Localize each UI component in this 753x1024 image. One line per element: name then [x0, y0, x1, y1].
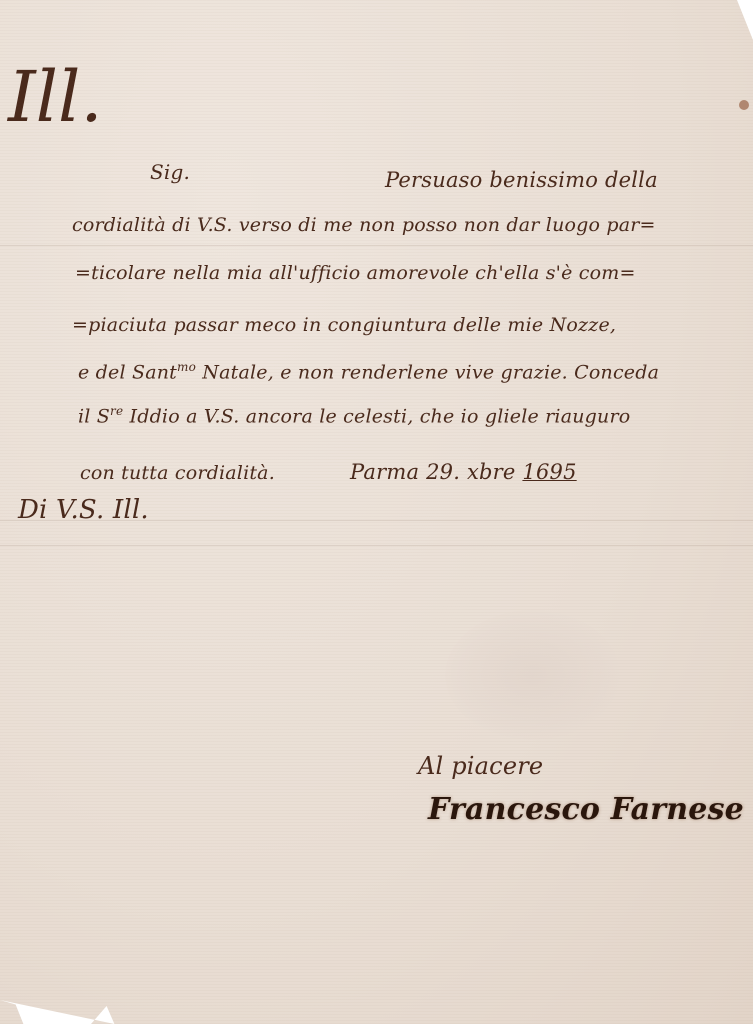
body-line-7: con tutta cordialità.	[80, 462, 275, 484]
dateline: Parma 29. xbre 1695	[350, 460, 577, 484]
body-line-text: il S	[78, 405, 110, 427]
body-line-2: cordialità di V.S. verso di me non posso…	[72, 214, 656, 236]
body-line-6: il Sre Iddio a V.S. ancora le celesti, c…	[78, 404, 630, 427]
date-place: Parma	[350, 460, 419, 484]
salutation-abbrev: Ill.	[8, 56, 103, 138]
closing-formula-text: Di V.S. Ill.	[18, 495, 149, 525]
date-month: xbre	[467, 460, 516, 484]
salutation-initial: Ill.	[8, 62, 103, 132]
body-line-text: Iddio a V.S. ancora le celesti, che io g…	[123, 405, 630, 427]
blind-seal-emboss	[445, 610, 620, 740]
letter-sheet: Ill. Sig. Persuaso benissimo della cordi…	[0, 0, 753, 1024]
salutation-sig: Sig.	[150, 160, 190, 184]
body-line-text: Persuaso benissimo della	[385, 168, 658, 192]
paper-crease	[0, 245, 753, 246]
body-line-text: =piaciuta passar meco in congiuntura del…	[72, 314, 616, 336]
signature-text: Francesco Farnese	[428, 792, 744, 827]
torn-corner	[713, 0, 753, 40]
body-line-3: =ticolare nella mia all'ufficio amorevol…	[75, 262, 636, 284]
valediction: Al piacere	[418, 752, 543, 780]
salutation-sig-text: Sig.	[150, 160, 190, 184]
body-line-text: cordialità di V.S. verso di me non posso…	[72, 214, 656, 236]
body-line-text: =ticolare nella mia all'ufficio amorevol…	[75, 262, 636, 284]
superscript-abbrev: re	[110, 404, 123, 418]
date-day: 29.	[426, 460, 460, 484]
torn-edge	[0, 994, 130, 1024]
body-line-5: e del Santmo Natale, e non renderlene vi…	[78, 360, 659, 383]
body-line-text: e del Sant	[78, 361, 177, 383]
closing-formula: Di V.S. Ill.	[18, 495, 149, 525]
signature: Francesco Farnese	[428, 792, 744, 827]
superscript-abbrev: mo	[177, 360, 196, 374]
date-year: 1695	[522, 460, 576, 484]
paper-crease	[0, 545, 753, 546]
ink-stain	[739, 100, 749, 110]
body-line-text: Natale, e non renderlene vive grazie. Co…	[196, 361, 659, 383]
body-line-1: Persuaso benissimo della	[385, 168, 658, 192]
valediction-text: Al piacere	[418, 752, 543, 780]
body-line-4: =piaciuta passar meco in congiuntura del…	[72, 314, 616, 336]
body-line-text: con tutta cordialità.	[80, 462, 275, 484]
